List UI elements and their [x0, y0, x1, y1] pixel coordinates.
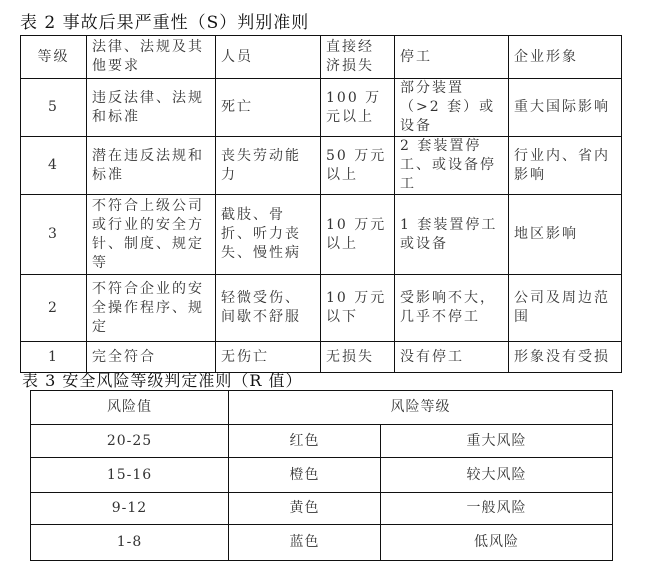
cell-risk-level: 重大风险 [381, 425, 613, 458]
table-row: 1-8 蓝色 低风险 [31, 525, 613, 561]
header-personnel: 人员 [216, 36, 321, 79]
header-shutdown: 停工 [395, 36, 509, 79]
cell-shutdown: 受影响不大，几乎不停工 [395, 275, 509, 342]
table-row: 15-16 橙色 较大风险 [31, 458, 613, 493]
cell-level: 5 [21, 79, 87, 137]
cell-risk-value: 1-8 [31, 525, 229, 561]
cell-personnel: 死亡 [216, 79, 321, 137]
cell-law: 违反法律、法规和标准 [87, 79, 216, 137]
risk-level-criteria-table: 风险值 风险等级 20-25 红色 重大风险 15-16 橙色 较大风险 9-1… [30, 390, 613, 561]
cell-shutdown: 没有停工 [395, 342, 509, 373]
cell-level: 3 [21, 195, 87, 275]
cell-risk-color: 红色 [229, 425, 381, 458]
header-law: 法律、法规及其他要求 [87, 36, 216, 79]
table-row: 9-12 黄色 一般风险 [31, 493, 613, 525]
cell-level: 2 [21, 275, 87, 342]
table-header-row: 风险值 风险等级 [31, 391, 613, 425]
cell-loss: 50 万元以上 [321, 137, 395, 195]
cell-shutdown: 1 套装置停工或设备 [395, 195, 509, 275]
table-row: 3 不符合上级公司或行业的安全方针、制度、规定等 截肢、骨折、听力丧失、慢性病 … [21, 195, 622, 275]
cell-risk-value: 20-25 [31, 425, 229, 458]
table-row: 5 违反法律、法规和标准 死亡 100 万元以上 部分装置（>2 套）或设备 重… [21, 79, 622, 137]
cell-loss: 10 万元以上 [321, 195, 395, 275]
cell-law: 不符合上级公司或行业的安全方针、制度、规定等 [87, 195, 216, 275]
cell-personnel: 丧失劳动能力 [216, 137, 321, 195]
header-risk-level: 风险等级 [229, 391, 613, 425]
cell-shutdown: 部分装置（>2 套）或设备 [395, 79, 509, 137]
cell-risk-level: 较大风险 [381, 458, 613, 493]
table-header-row: 等级 法律、法规及其他要求 人员 直接经济损失 停工 企业形象 [21, 36, 622, 79]
cell-risk-color: 蓝色 [229, 525, 381, 561]
cell-risk-value: 9-12 [31, 493, 229, 525]
cell-image: 重大国际影响 [509, 79, 622, 137]
cell-risk-color: 黄色 [229, 493, 381, 525]
cell-law: 潜在违反法规和标准 [87, 137, 216, 195]
table-row: 2 不符合企业的安全操作程序、规定 轻微受伤、间歇不舒服 10 万元以下 受影响… [21, 275, 622, 342]
cell-personnel: 轻微受伤、间歇不舒服 [216, 275, 321, 342]
cell-loss: 100 万元以上 [321, 79, 395, 137]
cell-loss: 无损失 [321, 342, 395, 373]
header-level: 等级 [21, 36, 87, 79]
cell-risk-value: 15-16 [31, 458, 229, 493]
cell-image: 公司及周边范围 [509, 275, 622, 342]
cell-level: 4 [21, 137, 87, 195]
table-row: 20-25 红色 重大风险 [31, 425, 613, 458]
cell-shutdown: 2 套装置停工、或设备停工 [395, 137, 509, 195]
severity-criteria-table: 等级 法律、法规及其他要求 人员 直接经济损失 停工 企业形象 5 违反法律、法… [20, 35, 622, 373]
table2-caption: 表 2 事故后果严重性（S）判别准则 [20, 8, 309, 33]
cell-loss: 10 万元以下 [321, 275, 395, 342]
cell-image: 形象没有受损 [509, 342, 622, 373]
header-image: 企业形象 [509, 36, 622, 79]
cell-risk-level: 低风险 [381, 525, 613, 561]
cell-image: 地区影响 [509, 195, 622, 275]
table3-caption: 表 3 安全风险等级判定准则（R 值） [22, 368, 303, 391]
cell-personnel: 截肢、骨折、听力丧失、慢性病 [216, 195, 321, 275]
cell-image: 行业内、省内影响 [509, 137, 622, 195]
header-risk-value: 风险值 [31, 391, 229, 425]
table-row: 4 潜在违反法规和标准 丧失劳动能力 50 万元以上 2 套装置停工、或设备停工… [21, 137, 622, 195]
cell-risk-color: 橙色 [229, 458, 381, 493]
header-loss: 直接经济损失 [321, 36, 395, 79]
cell-law: 不符合企业的安全操作程序、规定 [87, 275, 216, 342]
cell-risk-level: 一般风险 [381, 493, 613, 525]
